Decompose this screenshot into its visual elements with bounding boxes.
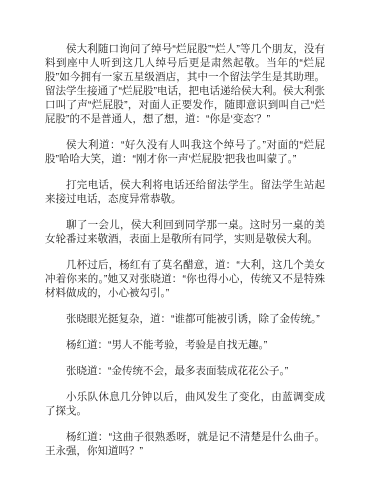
paragraph: 打完电话，侯大利将电话还给留法学生。留法学生站起来接过电话，态度异常恭敬。 [45, 178, 325, 206]
paragraph: 张晓眼光挺复杂，道：“谁都可能被引诱，除了金传统。” [45, 312, 325, 326]
text-block: 侯大利随口询问了绰号“烂屁股”“烂人”等几个朋友，没有料到座中人听到这几人绰号后… [45, 42, 325, 470]
paragraph: 张晓道：“金传统不会，最多表面装成花花公子。” [45, 364, 325, 378]
paragraph: 小乐队休息几分钟以后，曲风发生了变化，由蓝调变成了探戈。 [45, 390, 325, 418]
paragraph: 杨红道：“男人不能考验，考验是自找无趣。” [45, 338, 325, 352]
paragraph: 侯大利道：“好久没有人叫我这个绰号了。”对面的“烂屁股”哈哈大笑，道：“刚才你一… [45, 138, 325, 166]
paragraph: 几杯过后，杨红有了莫名醋意，道：“大利，这几个美女冲着你来的。”她又对张晓道：“… [45, 258, 325, 300]
paragraph: 杨红道：“这曲子很熟悉呀，就是记不清楚是什么曲子。王永强，你知道吗？” [45, 430, 325, 458]
paragraph: 侯大利随口询问了绰号“烂屁股”“烂人”等几个朋友，没有料到座中人听到这几人绰号后… [45, 42, 325, 126]
ebook-page: 侯大利随口询问了绰号“烂屁股”“烂人”等几个朋友，没有料到座中人听到这几人绰号后… [0, 0, 370, 480]
paragraph: 聊了一会儿，侯大利回到同学那一桌。这时另一桌的美女轮番过来敬酒，表面上是敬所有同… [45, 218, 325, 246]
